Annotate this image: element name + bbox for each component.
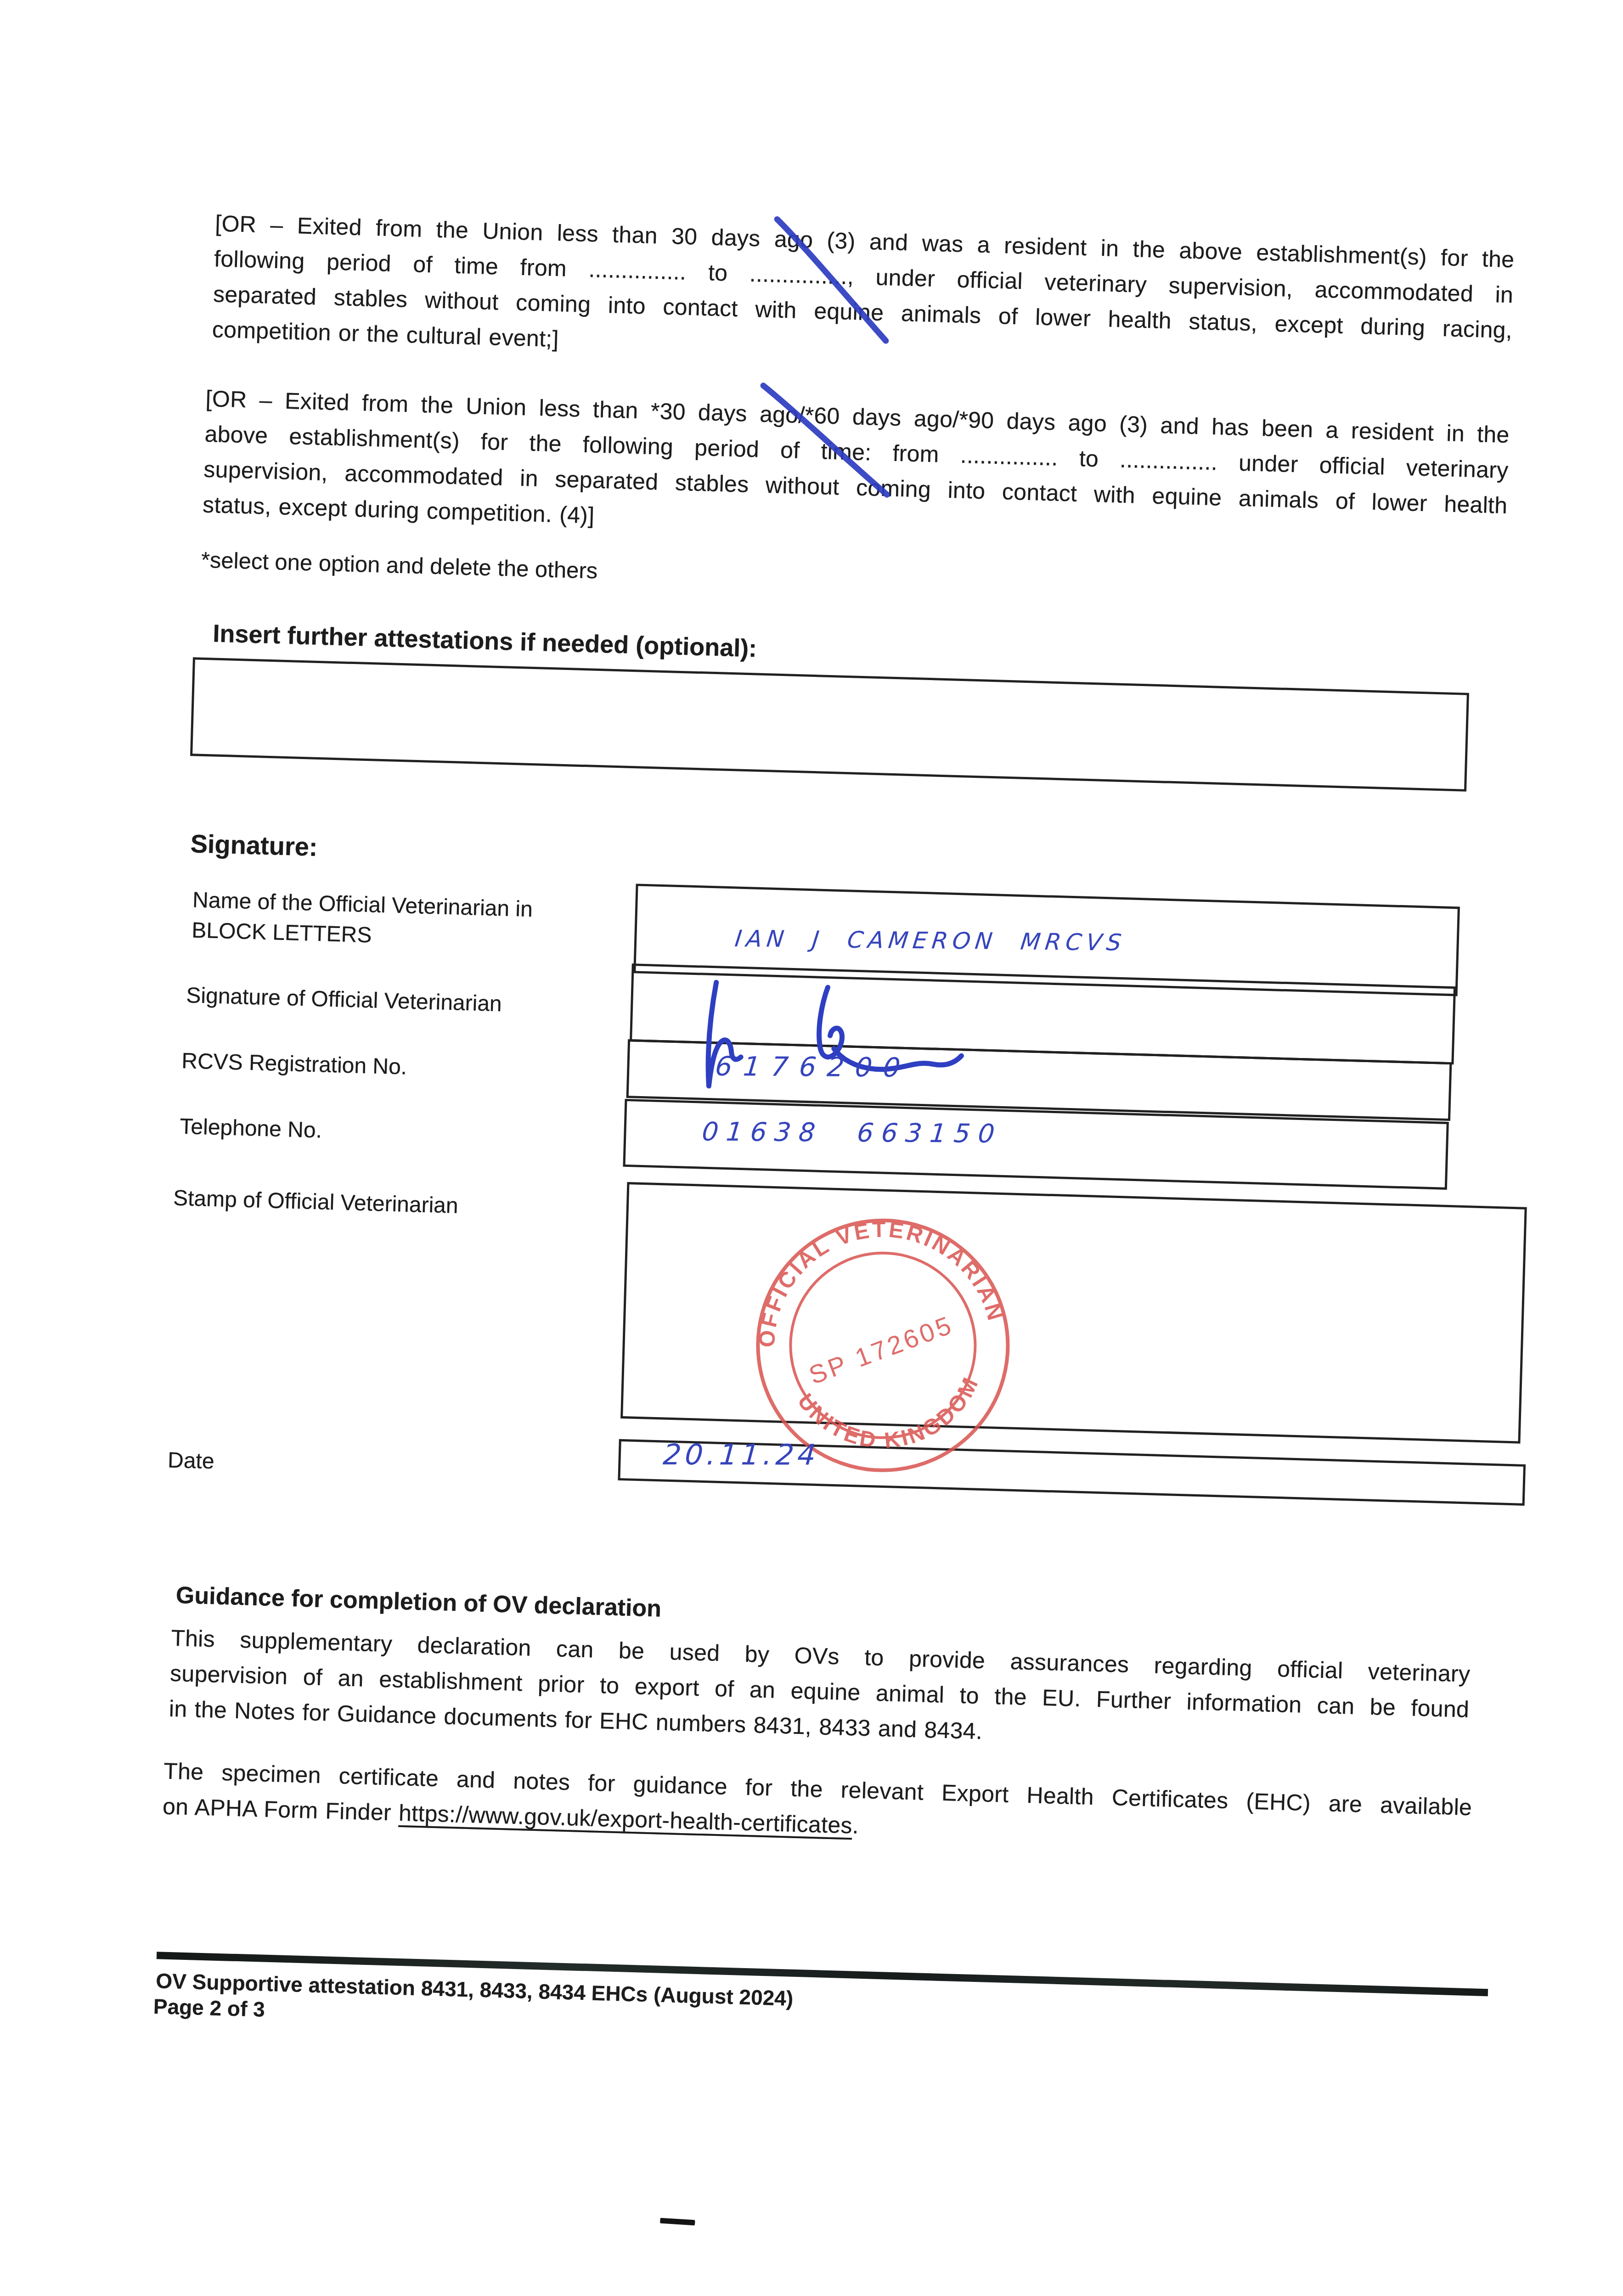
stamp-arc-top-text: OFFICIAL VETERINARIAN [742, 1204, 1009, 1351]
stamp-number-text: SP 172605 [805, 1310, 957, 1390]
specimen-paragraph-prefix: on APHA Form Finder [162, 1793, 399, 1825]
pen-strike-option-1 [770, 214, 898, 346]
stamp-label: Stamp of Official Veterinarian [173, 1183, 458, 1221]
telephone-label: Telephone No. [180, 1112, 322, 1146]
date-handwriting: 20.11.24 [662, 1438, 820, 1472]
date-label: Date [167, 1445, 214, 1477]
rcvs-handwriting: 6176200 [714, 1051, 913, 1083]
rcvs-label: RCVS Registration No. [181, 1046, 408, 1083]
guidance-paragraph: This supplementary declaration can be us… [169, 1621, 1471, 1763]
specimen-paragraph: The specimen certificate and notes for g… [162, 1753, 1472, 1861]
scanned-page: { "attestations": { "option1_lines": [ "… [0, 0, 1623, 2296]
svg-text:OFFICIAL VETERINARIAN: OFFICIAL VETERINARIAN [742, 1204, 1009, 1351]
telephone-handwriting: 01638 663150 [701, 1117, 1004, 1149]
pen-strike-option-2 [756, 382, 897, 501]
further-attestations-box [190, 657, 1469, 792]
footer-page-number: Page 2 of 3 [153, 1994, 265, 2022]
scan-artifact-mark [660, 2218, 695, 2226]
export-certificates-link[interactable]: https://www.gov.uk/export-health-certifi… [398, 1800, 852, 1839]
guidance-heading: Guidance for completion of OV declaratio… [175, 1581, 662, 1623]
signature-label: Signature of Official Veterinarian [186, 980, 502, 1019]
signature-heading: Signature: [190, 828, 318, 862]
specimen-paragraph-suffix: . [852, 1812, 859, 1838]
name-handwriting: IAN J CAMERON MRCVS [733, 925, 1127, 956]
signature-scribble [684, 969, 1009, 1118]
select-option-note: *select one option and delete the others [201, 547, 598, 584]
name-label: Name of the Official Veterinarian in BLO… [191, 885, 624, 957]
document-sheet: [OR – Exited from the Union less than 30… [154, 197, 1593, 2292]
insert-attestations-heading: Insert further attestations if needed (o… [213, 619, 757, 663]
